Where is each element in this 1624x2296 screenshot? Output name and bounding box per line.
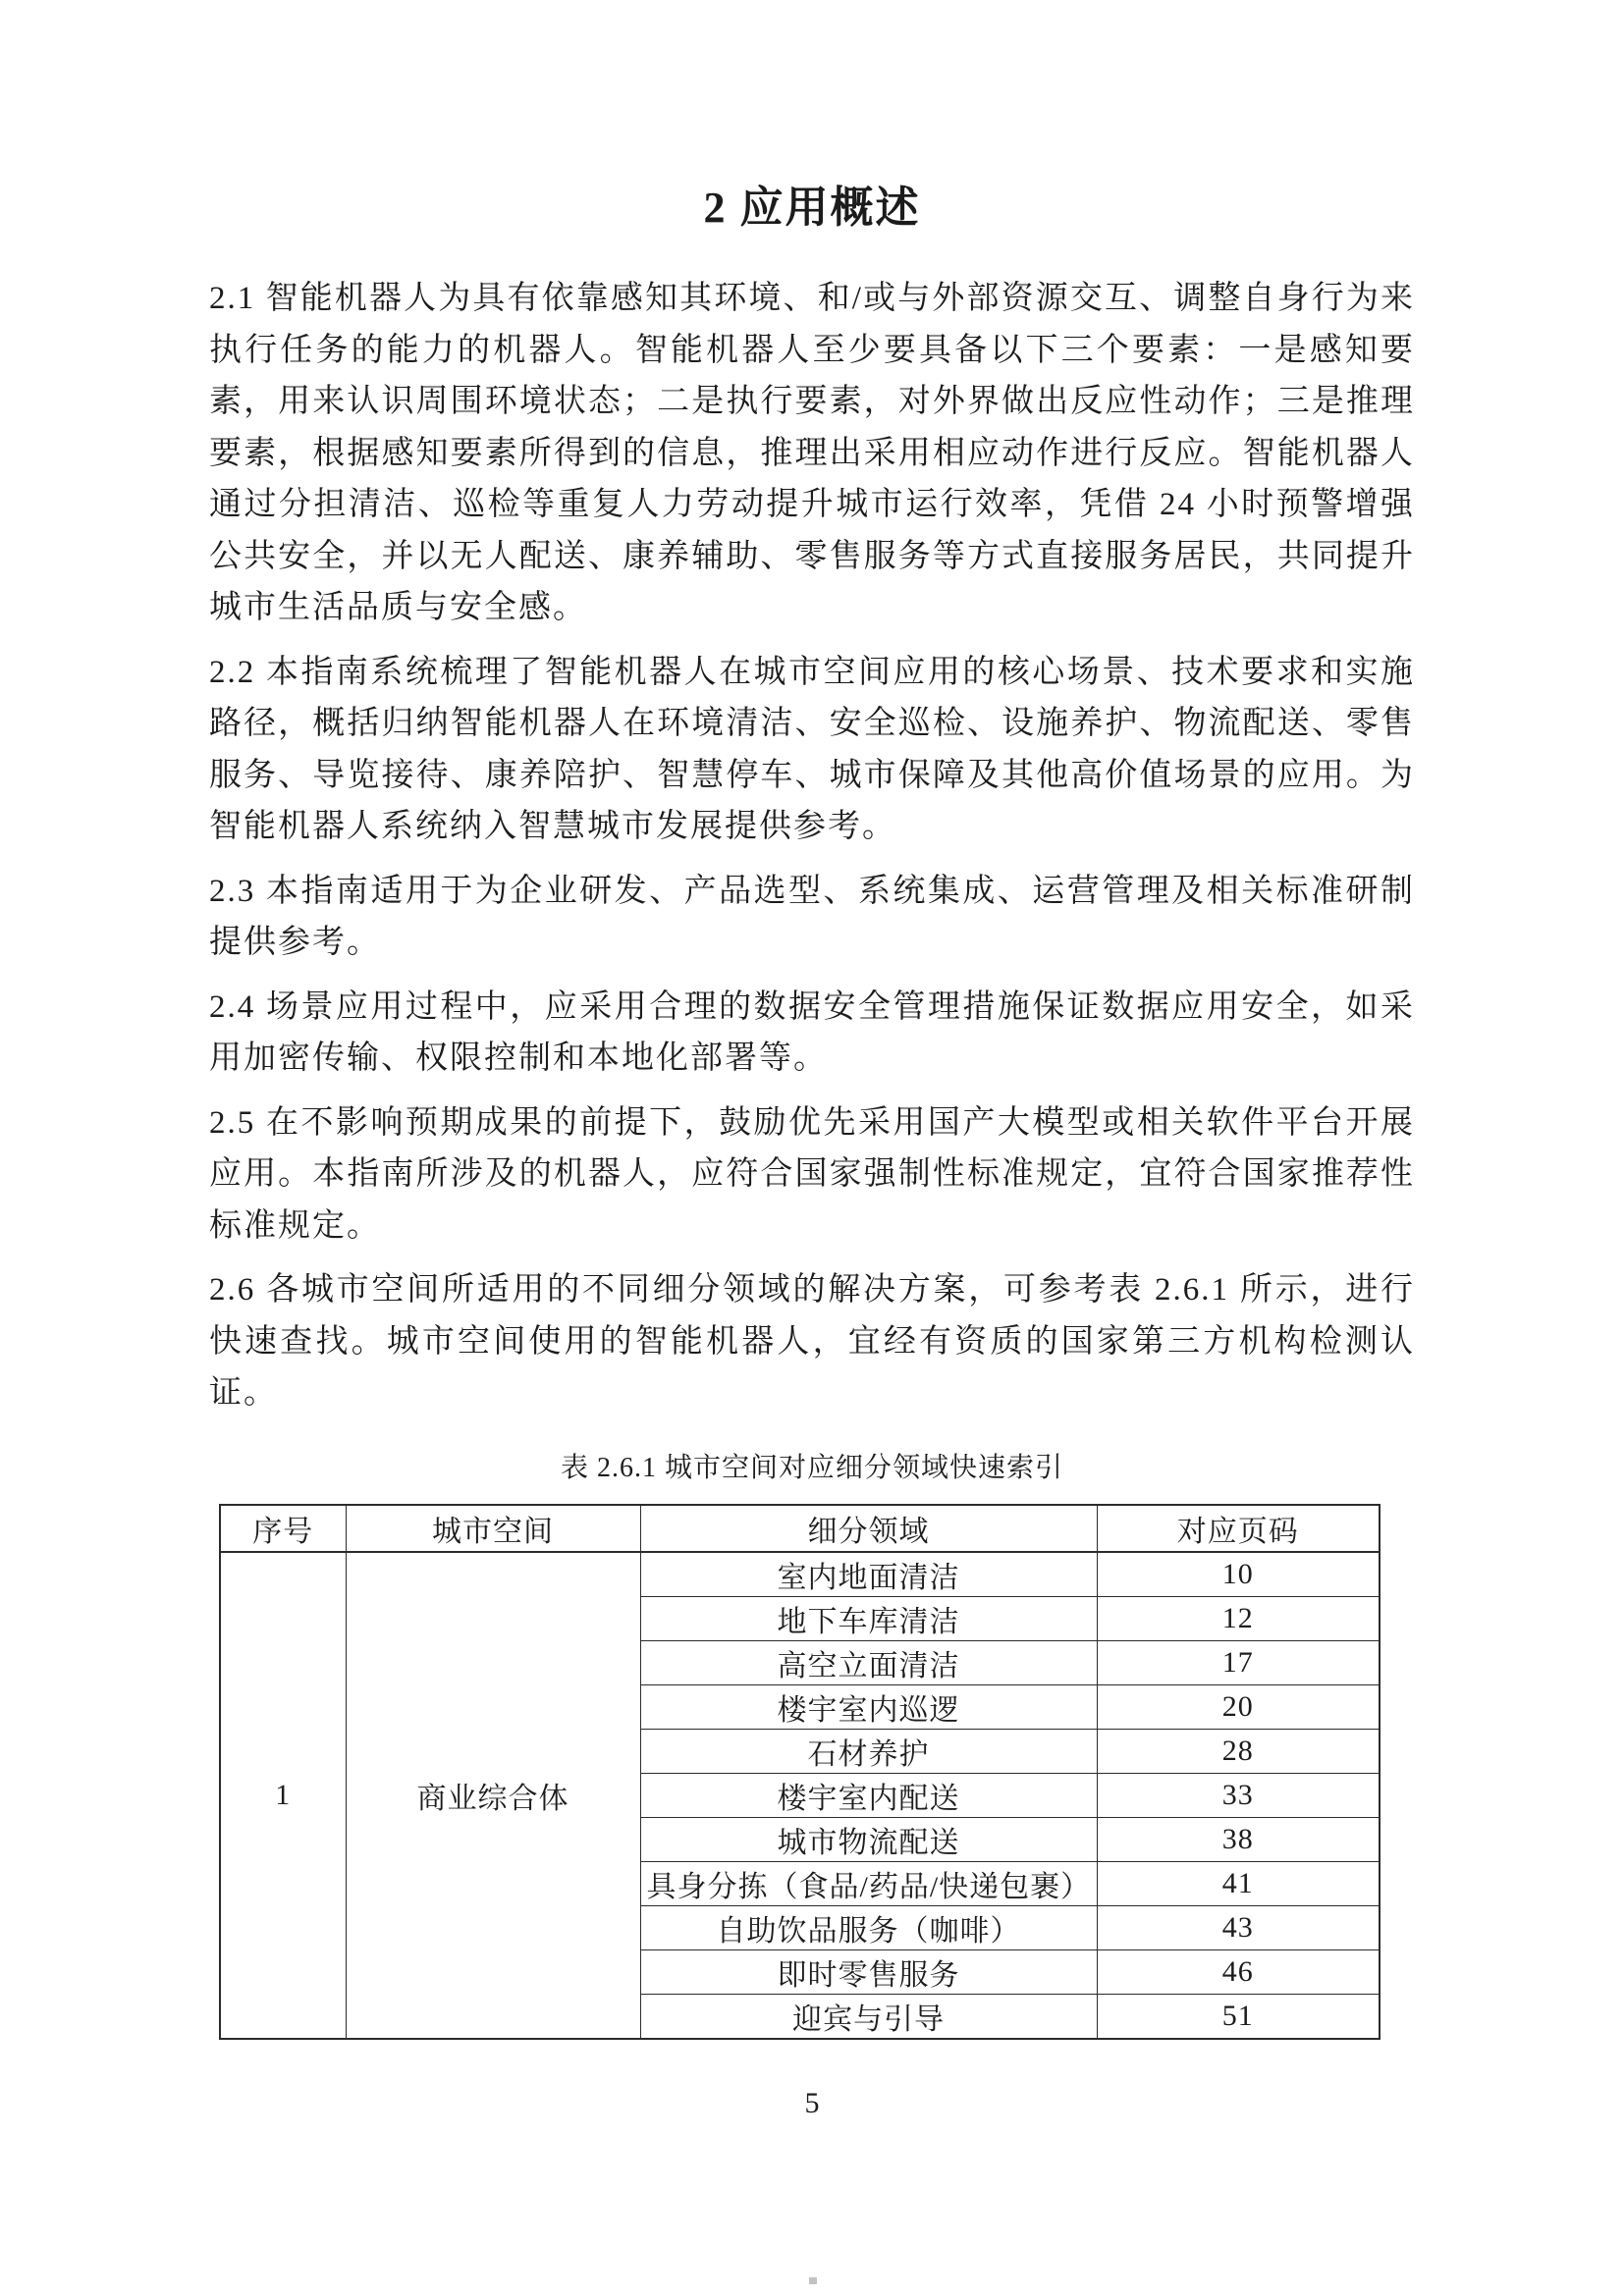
- column-header-segment: 细分领域: [640, 1505, 1097, 1552]
- cell-page-number: 33: [1097, 1773, 1380, 1817]
- table-header-row: 序号 城市空间 细分领域 对应页码: [220, 1505, 1380, 1552]
- cell-segment: 楼宇室内巡逻: [640, 1684, 1097, 1729]
- index-table: 序号 城市空间 细分领域 对应页码 1商业综合体室内地面清洁10地下车库清洁12…: [219, 1504, 1380, 2040]
- document-page: 2 应用概述 2.1 智能机器人为具有依靠感知其环境、和/或与外部资源交互、调整…: [0, 0, 1624, 2296]
- cell-segment: 具身分拣（食品/药品/快递包裹）: [640, 1861, 1097, 1905]
- cell-segment: 即时零售服务: [640, 1949, 1097, 1994]
- cell-segment: 石材养护: [640, 1729, 1097, 1773]
- table-caption: 表 2.6.1 城市空间对应细分领域快速索引: [209, 1449, 1415, 1488]
- cell-segment: 城市物流配送: [640, 1817, 1097, 1861]
- column-header-index: 序号: [220, 1505, 346, 1552]
- cell-segment: 室内地面清洁: [640, 1552, 1097, 1597]
- paragraph: 2.2 本指南系统梳理了智能机器人在城市空间应用的核心场景、技术要求和实施路径，…: [209, 647, 1415, 853]
- section-title: 2 应用概述: [209, 183, 1415, 234]
- cell-page-number: 38: [1097, 1817, 1380, 1861]
- column-header-city-space: 城市空间: [346, 1505, 640, 1552]
- page-number: 5: [209, 2084, 1415, 2123]
- cell-segment: 高空立面清洁: [640, 1640, 1097, 1684]
- scan-artifact-dot: [809, 2277, 817, 2284]
- body-paragraphs: 2.1 智能机器人为具有依靠感知其环境、和/或与外部资源交互、调整自身行为来执行…: [209, 273, 1415, 1419]
- cell-segment: 楼宇室内配送: [640, 1773, 1097, 1817]
- paragraph: 2.3 本指南适用于为企业研发、产品选型、系统集成、运营管理及相关标准研制提供参…: [209, 866, 1415, 969]
- table-body: 1商业综合体室内地面清洁10地下车库清洁12高空立面清洁17楼宇室内巡逻20石材…: [220, 1552, 1380, 2039]
- cell-index: 1: [220, 1552, 346, 2039]
- cell-page-number: 41: [1097, 1861, 1380, 1905]
- paragraph: 2.6 各城市空间所适用的不同细分领域的解决方案，可参考表 2.6.1 所示，进…: [209, 1264, 1415, 1419]
- cell-segment: 迎宾与引导: [640, 1994, 1097, 2039]
- column-header-page: 对应页码: [1097, 1505, 1380, 1552]
- cell-page-number: 20: [1097, 1684, 1380, 1729]
- paragraph: 2.4 场景应用过程中，应采用合理的数据安全管理措施保证数据应用安全，如采用加密…: [209, 982, 1415, 1085]
- cell-segment: 自助饮品服务（咖啡）: [640, 1905, 1097, 1949]
- cell-page-number: 10: [1097, 1552, 1380, 1597]
- cell-page-number: 46: [1097, 1949, 1380, 1994]
- cell-city-space: 商业综合体: [346, 1552, 640, 2039]
- cell-page-number: 51: [1097, 1994, 1380, 2039]
- paragraph: 2.1 智能机器人为具有依靠感知其环境、和/或与外部资源交互、调整自身行为来执行…: [209, 273, 1415, 634]
- cell-page-number: 12: [1097, 1596, 1380, 1640]
- cell-segment: 地下车库清洁: [640, 1596, 1097, 1640]
- table-row: 1商业综合体室内地面清洁10: [220, 1552, 1380, 1597]
- paragraph: 2.5 在不影响预期成果的前提下，鼓励优先采用国产大模型或相关软件平台开展应用。…: [209, 1097, 1415, 1253]
- cell-page-number: 28: [1097, 1729, 1380, 1773]
- cell-page-number: 43: [1097, 1905, 1380, 1949]
- cell-page-number: 17: [1097, 1640, 1380, 1684]
